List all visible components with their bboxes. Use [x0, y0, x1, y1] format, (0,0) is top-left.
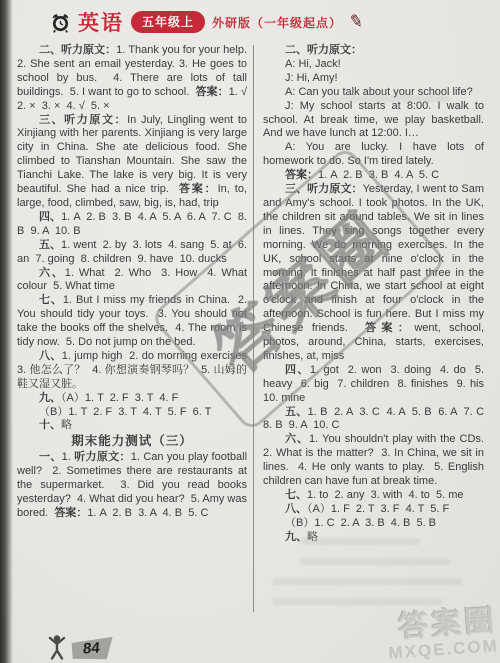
answer-paragraph: A: Hi, Jack!: [263, 58, 484, 72]
bleed-through-ghost: [300, 558, 450, 565]
answer-paragraph: 期末能力测试（三）: [17, 435, 247, 449]
left-column: 二、听力原文：1. Thank you for your help. 2. Sh…: [17, 44, 247, 521]
corner-watermark: 答案圈 MXQE.COM: [385, 595, 499, 663]
answer-paragraph: 二、听力原文：: [263, 44, 484, 58]
grade-badge: 五年级上: [131, 11, 205, 33]
answer-paragraph: 七、1. But I miss my friends in China. 2. …: [17, 294, 247, 350]
page-footer: 84: [45, 633, 112, 660]
book-binding-shadow: [0, 0, 13, 663]
answer-paragraph: 一、1. 听力原文：1. Can you play football well?…: [17, 451, 247, 521]
answer-paragraph: 三、听力原文：Yesterday, I went to Sam and Amy'…: [263, 183, 484, 364]
answer-paragraph: 七、1. to 2. any 3. with 4. to 5. me: [263, 489, 484, 503]
answer-paragraph: 三、听力原文：In July, Lingling went to Xinjian…: [17, 114, 247, 211]
subject-title: 英语: [78, 7, 124, 37]
answer-paragraph: 八、（A）1. F 2. T 3. F 4. T 5. F: [263, 503, 484, 517]
page-number: 84: [82, 640, 100, 658]
bleed-through-ghost: [330, 95, 450, 102]
answer-paragraph: 二、听力原文：1. Thank you for your help. 2. Sh…: [17, 44, 247, 114]
answer-paragraph: J: Hi, Amy!: [263, 72, 484, 86]
answer-paragraph: 五、1. went 2. by 3. lots 4. sang 5. at 6.…: [17, 239, 247, 267]
scanned-answer-page: 英语 五年级上 外研版（一年级起点） ✎ 二、听力原文：1. Thank you…: [0, 0, 500, 663]
right-column: 二、听力原文：A: Hi, Jack!J: Hi, Amy!A: Can you…: [263, 44, 484, 545]
answer-paragraph: 答案：1. A 2. B 3. B 4. A 5. C: [263, 169, 484, 183]
answer-paragraph: J: My school starts at 8:00. I walk to s…: [263, 100, 484, 142]
answer-paragraph: （B）1. T 2. F 3. T 4. T 5. F 6. T: [17, 406, 247, 420]
answer-paragraph: 六、1. You shouldn't play with the CDs. 2.…: [263, 433, 484, 489]
answer-paragraph: 四、1. got 2. won 3. doing 4. do 5. heavy …: [263, 364, 484, 406]
answer-paragraph: 十、略: [17, 419, 247, 433]
bleed-through-ghost: [272, 578, 462, 585]
column-divider-rule: [253, 45, 254, 612]
answer-paragraph: 八、1. jump high 2. do morning exercises 3…: [17, 350, 247, 392]
edition-label: 外研版（一年级起点）: [212, 14, 342, 31]
answer-paragraph: （B）1. C 2. A 3. B 4. B 5. B: [263, 517, 484, 531]
answer-paragraph: 四、1. A 2. B 3. B 4. A 5. A 6. A 7. C 8. …: [17, 211, 247, 239]
answer-paragraph: 六、1. What 2. Who 3. How 4. What colour 5…: [17, 267, 247, 295]
cheering-person-icon: [45, 633, 69, 660]
bleed-through-ghost: [300, 538, 420, 545]
pencil-icon: ✎: [347, 11, 365, 33]
alarm-clock-icon: [50, 11, 71, 33]
page-number-ribbon: 84: [70, 637, 113, 661]
answer-paragraph: 五、1. B 2. A 3. C 4. A 5. B 6. A 7. C 8. …: [263, 406, 484, 434]
answer-paragraph: A: You are lucky. I have lots of homewor…: [263, 141, 484, 169]
page-header: 英语 五年级上 外研版（一年级起点） ✎: [50, 7, 363, 37]
answer-paragraph: 九、（A）1. T 2. F 3. T 4. F: [17, 392, 247, 406]
